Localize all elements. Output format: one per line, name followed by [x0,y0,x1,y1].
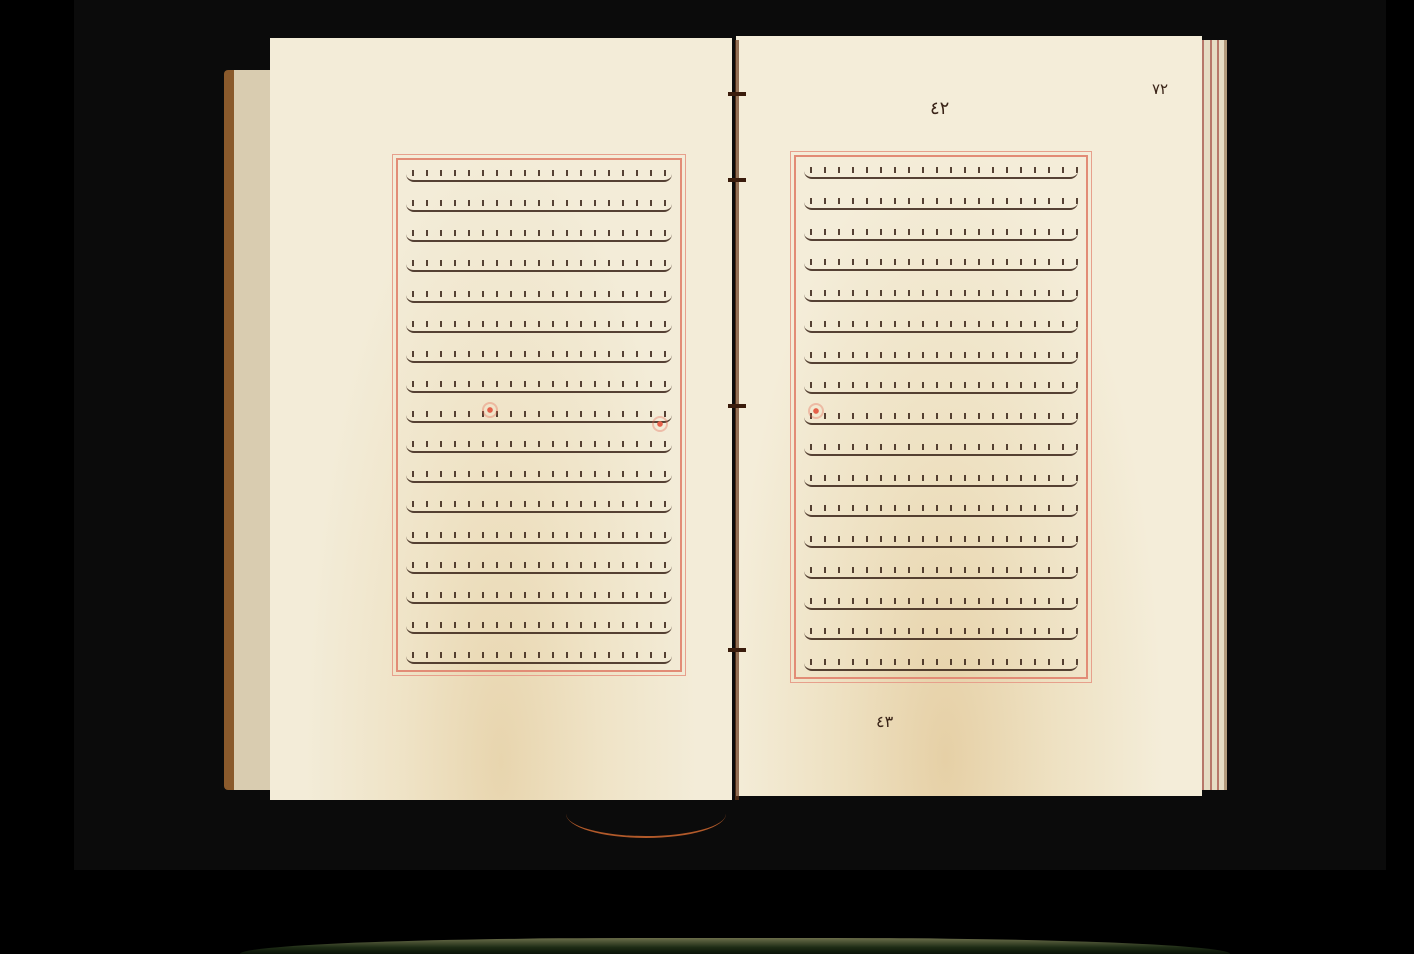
binding-stitch [728,178,746,182]
text-line [804,348,1078,364]
text-line [406,467,672,483]
page-number: ٤٢ [930,98,949,119]
binding-stitch [728,92,746,96]
text-line [804,409,1078,425]
binding-stitch [728,648,746,652]
text-line [804,532,1078,548]
text-line [406,166,672,182]
text-line [406,317,672,333]
right-text-lines [804,163,1078,671]
left-text-lines [406,166,672,664]
text-line [804,501,1078,517]
binding-stitch [728,404,746,408]
book-gutter [735,40,739,800]
text-line [804,225,1078,241]
text-line [804,563,1078,579]
right-text-frame [794,155,1088,679]
catchword: ٤٣ [876,712,893,731]
text-line [406,256,672,272]
text-line [406,588,672,604]
binding-thread [566,790,726,838]
text-line [406,648,672,664]
surface-edge [240,938,1230,954]
text-line [406,618,672,634]
text-line [406,437,672,453]
text-line [406,558,672,574]
text-line [804,286,1078,302]
rubric-rosette-icon [484,404,496,416]
text-line [804,471,1078,487]
text-line [804,194,1078,210]
left-text-frame [396,158,682,672]
text-line [406,528,672,544]
text-line [406,377,672,393]
text-line [804,594,1078,610]
folio-number: ٧٢ [1152,80,1168,98]
text-line [804,317,1078,333]
right-page-stack [1198,40,1227,790]
text-line [406,407,672,423]
text-line [406,287,672,303]
text-line [406,347,672,363]
text-line [804,378,1078,394]
text-line [804,163,1078,179]
text-line [804,655,1078,671]
rubric-rosette-icon [654,418,666,430]
text-line [406,497,672,513]
text-line [406,226,672,242]
text-line [406,196,672,212]
text-line [804,624,1078,640]
text-line [804,255,1078,271]
text-line [804,440,1078,456]
rubric-rosette-icon [810,405,822,417]
